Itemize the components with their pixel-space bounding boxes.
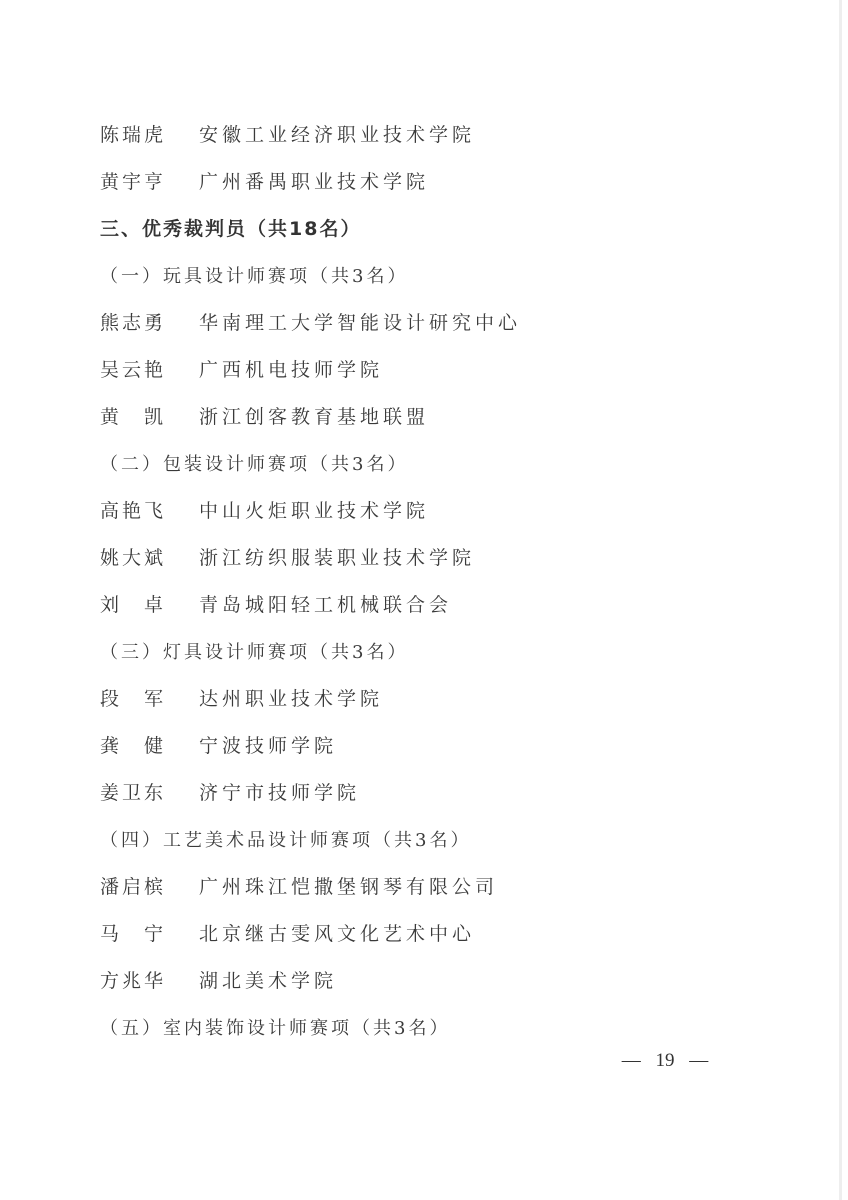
document-body: 陈瑞虎 安徽工业经济职业技术学院 黄宇亨 广州番禺职业技术学院 三、优秀裁判员（… bbox=[100, 112, 720, 1052]
entry-row: 姚大斌 浙江纺织服装职业技术学院 bbox=[100, 535, 720, 582]
person-name: 黄 凯 bbox=[100, 394, 190, 441]
person-name: 陈瑞虎 bbox=[100, 112, 190, 159]
organization: 达州职业技术学院 bbox=[199, 676, 383, 723]
entry-row: 陈瑞虎 安徽工业经济职业技术学院 bbox=[100, 112, 720, 159]
organization: 广州番禺职业技术学院 bbox=[199, 159, 429, 206]
person-name: 段 军 bbox=[100, 676, 190, 723]
organization: 宁波技师学院 bbox=[199, 723, 337, 770]
page-edge bbox=[839, 0, 842, 1200]
entry-row: 马 宁 北京继古雯风文化艺术中心 bbox=[100, 911, 720, 958]
person-name: 黄宇亨 bbox=[100, 159, 190, 206]
person-name: 熊志勇 bbox=[100, 300, 190, 347]
person-name: 吴云艳 bbox=[100, 347, 190, 394]
organization: 安徽工业经济职业技术学院 bbox=[199, 112, 475, 159]
entry-row: 黄宇亨 广州番禺职业技术学院 bbox=[100, 159, 720, 206]
organization: 湖北美术学院 bbox=[199, 958, 337, 1005]
subsection-title: （四）工艺美术品设计师赛项（共3名） bbox=[100, 817, 720, 864]
page-number: — 19 — bbox=[620, 1050, 710, 1072]
person-name: 马 宁 bbox=[100, 911, 190, 958]
organization: 广州珠江恺撒堡钢琴有限公司 bbox=[199, 864, 498, 911]
organization: 广西机电技师学院 bbox=[199, 347, 383, 394]
person-name: 龚 健 bbox=[100, 723, 190, 770]
organization: 浙江创客教育基地联盟 bbox=[199, 394, 429, 441]
entry-row: 黄 凯 浙江创客教育基地联盟 bbox=[100, 394, 720, 441]
person-name: 姚大斌 bbox=[100, 535, 190, 582]
organization: 济宁市技师学院 bbox=[199, 770, 360, 817]
entry-row: 段 军 达州职业技术学院 bbox=[100, 676, 720, 723]
entry-row: 方兆华 湖北美术学院 bbox=[100, 958, 720, 1005]
entry-row: 潘启槟 广州珠江恺撒堡钢琴有限公司 bbox=[100, 864, 720, 911]
organization: 浙江纺织服装职业技术学院 bbox=[199, 535, 475, 582]
entry-row: 龚 健 宁波技师学院 bbox=[100, 723, 720, 770]
entry-row: 高艳飞 中山火炬职业技术学院 bbox=[100, 488, 720, 535]
subsection-title: （二）包装设计师赛项（共3名） bbox=[100, 441, 720, 488]
person-name: 潘启槟 bbox=[100, 864, 190, 911]
subsection-title: （一）玩具设计师赛项（共3名） bbox=[100, 253, 720, 300]
organization: 青岛城阳轻工机械联合会 bbox=[199, 582, 452, 629]
person-name: 姜卫东 bbox=[100, 770, 190, 817]
entry-row: 吴云艳 广西机电技师学院 bbox=[100, 347, 720, 394]
subsection-title: （五）室内装饰设计师赛项（共3名） bbox=[100, 1005, 720, 1052]
section-heading: 三、优秀裁判员（共18名） bbox=[100, 206, 720, 253]
entry-row: 姜卫东 济宁市技师学院 bbox=[100, 770, 720, 817]
subsection-title: （三）灯具设计师赛项（共3名） bbox=[100, 629, 720, 676]
organization: 中山火炬职业技术学院 bbox=[199, 488, 429, 535]
person-name: 方兆华 bbox=[100, 958, 190, 1005]
person-name: 刘 卓 bbox=[100, 582, 190, 629]
entry-row: 刘 卓 青岛城阳轻工机械联合会 bbox=[100, 582, 720, 629]
organization: 北京继古雯风文化艺术中心 bbox=[199, 911, 475, 958]
person-name: 高艳飞 bbox=[100, 488, 190, 535]
organization: 华南理工大学智能设计研究中心 bbox=[199, 300, 521, 347]
entry-row: 熊志勇 华南理工大学智能设计研究中心 bbox=[100, 300, 720, 347]
